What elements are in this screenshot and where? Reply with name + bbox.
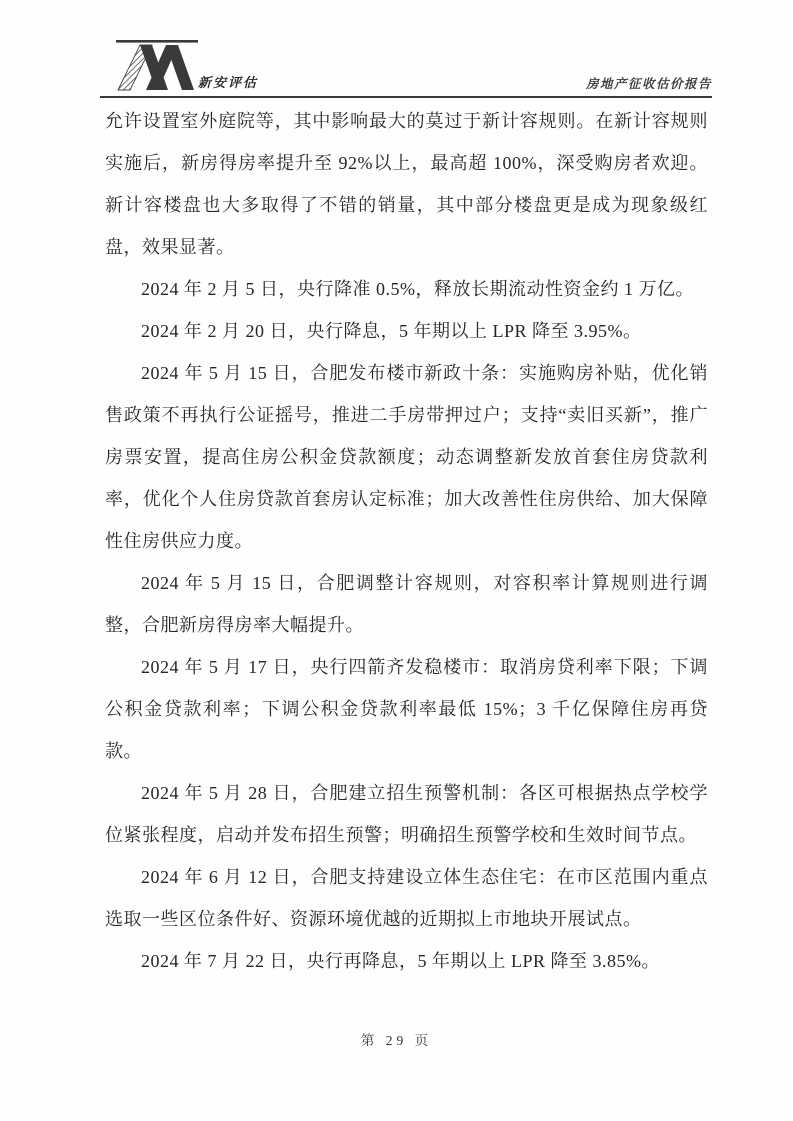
page-number: 第 29 页 xyxy=(361,1033,432,1048)
company-logo: 新安评估 xyxy=(116,40,276,92)
body-paragraph: 2024 年 5 月 28 日，合肥建立招生预警机制：各区可根据热点学校学位紧张… xyxy=(105,772,708,856)
body-paragraph: 2024 年 5 月 15 日，合肥调整计容规则，对容积率计算规则进行调整，合肥… xyxy=(105,562,708,646)
document-body: 允许设置室外庭院等，其中影响最大的莫过于新计容规则。在新计容规则实施后，新房得房… xyxy=(105,100,708,982)
body-paragraph: 允许设置室外庭院等，其中影响最大的莫过于新计容规则。在新计容规则实施后，新房得房… xyxy=(105,100,708,268)
document-page: 新安评估 房地产征收估价报告 允许设置室外庭院等，其中影响最大的莫过于新计容规则… xyxy=(0,0,793,1121)
body-paragraph: 2024 年 6 月 12 日，合肥支持建设立体生态住宅：在市区范围内重点选取一… xyxy=(105,856,708,940)
header-rule xyxy=(100,96,712,98)
logo-m-icon xyxy=(116,40,198,92)
body-paragraph: 2024 年 7 月 22 日，央行再降息，5 年期以上 LPR 降至 3.85… xyxy=(105,940,708,982)
body-paragraph: 2024 年 5 月 15 日，合肥发布楼市新政十条：实施购房补贴，优化销售政策… xyxy=(105,352,708,562)
body-paragraph: 2024 年 2 月 5 日，央行降准 0.5%，释放长期流动性资金约 1 万亿… xyxy=(105,268,708,310)
body-paragraph: 2024 年 5 月 17 日，央行四箭齐发稳楼市：取消房贷利率下限；下调公积金… xyxy=(105,646,708,772)
logo-text: 新安评估 xyxy=(198,72,258,91)
report-title: 房地产征收估价报告 xyxy=(586,74,712,92)
body-paragraph: 2024 年 2 月 20 日，央行降息，5 年期以上 LPR 降至 3.95%… xyxy=(105,310,708,352)
page-footer: 第 29 页 xyxy=(0,1029,793,1049)
